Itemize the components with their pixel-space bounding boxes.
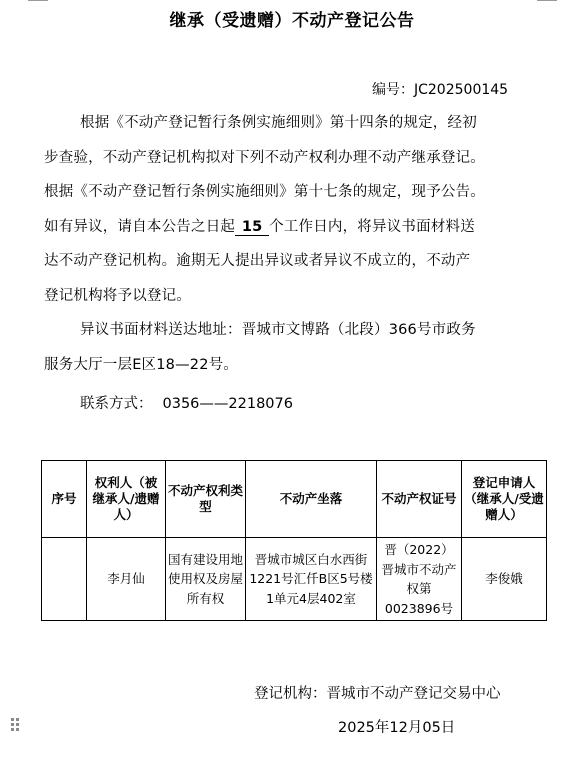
cell-location: 晋城市城区白水西街1221号汇仟B区5号楼1单元4层402室 [246,538,377,621]
drag-handle-icon[interactable] [11,718,19,732]
announcement-body: 根据《不动产登记暂行条例实施细则》第十四条的规定，经初 步查验，不动产登记机构拟… [44,106,554,382]
page-corner-mark-right [537,0,557,1]
body-line-objection: 如有异议，请自本公告之日起15个工作日内，将异议书面材料送 [44,210,554,245]
table-header-row: 序号 权利人（被继承人/遗赠人） 不动产权利类型 不动产坐落 不动产权证号 登记… [42,461,547,538]
body-line: 步查验，不动产登记机构拟对下列不动产权利办理不动产继承登记。 [44,141,554,176]
body-line: 登记机构将予以登记。 [44,279,554,314]
contact-phone: 0356——2218076 [163,396,293,412]
contact-info: 联系方式：0356——2218076 [80,392,293,413]
registration-organization: 登记机构：晋城市不动产登记交易中心 [254,682,501,703]
cell-applicant: 李俊娥 [462,538,547,621]
header-index: 序号 [42,461,87,538]
page-corner-mark-left [28,0,48,1]
cell-right-type: 国有建设用地使用权及房屋所有权 [166,538,246,621]
objection-text-before: 如有异议，请自本公告之日起 [44,219,235,235]
objection-days: 15 [235,219,269,236]
header-location: 不动产坐落 [246,461,377,538]
address-line: 服务大厅一层E区18—22号。 [44,348,554,383]
address-line: 异议书面材料送达地址：晋城市文博路（北段）366号市政务 [44,313,554,348]
body-line: 根据《不动产登记暂行条例实施细则》第十四条的规定，经初 [44,106,554,141]
header-cert-no: 不动产权证号 [377,461,462,538]
contact-label: 联系方式： [80,396,153,412]
cell-cert-no: 晋（2022）晋城市不动产权第0023896号 [377,538,462,621]
header-applicant: 登记申请人（继承人/受遗赠人） [462,461,547,538]
cell-index [42,538,87,621]
header-right-holder: 权利人（被继承人/遗赠人） [87,461,166,538]
header-right-type: 不动产权利类型 [166,461,246,538]
body-line: 达不动产登记机构。逾期无人提出异议或者异议不成立的，不动产 [44,244,554,279]
registration-table: 序号 权利人（被继承人/遗赠人） 不动产权利类型 不动产坐落 不动产权证号 登记… [41,460,547,621]
document-number: 编号：JC202500145 [372,79,508,99]
objection-text-after: 个工作日内，将异议书面材料送 [269,219,475,235]
page-title: 继承（受遗赠）不动产登记公告 [0,6,584,31]
table-row: 李月仙 国有建设用地使用权及房屋所有权 晋城市城区白水西街1221号汇仟B区5号… [42,538,547,621]
cell-right-holder: 李月仙 [87,538,166,621]
body-line: 根据《不动产登记暂行条例实施细则》第十七条的规定，现予公告。 [44,175,554,210]
announcement-date: 2025年12月05日 [338,716,455,737]
